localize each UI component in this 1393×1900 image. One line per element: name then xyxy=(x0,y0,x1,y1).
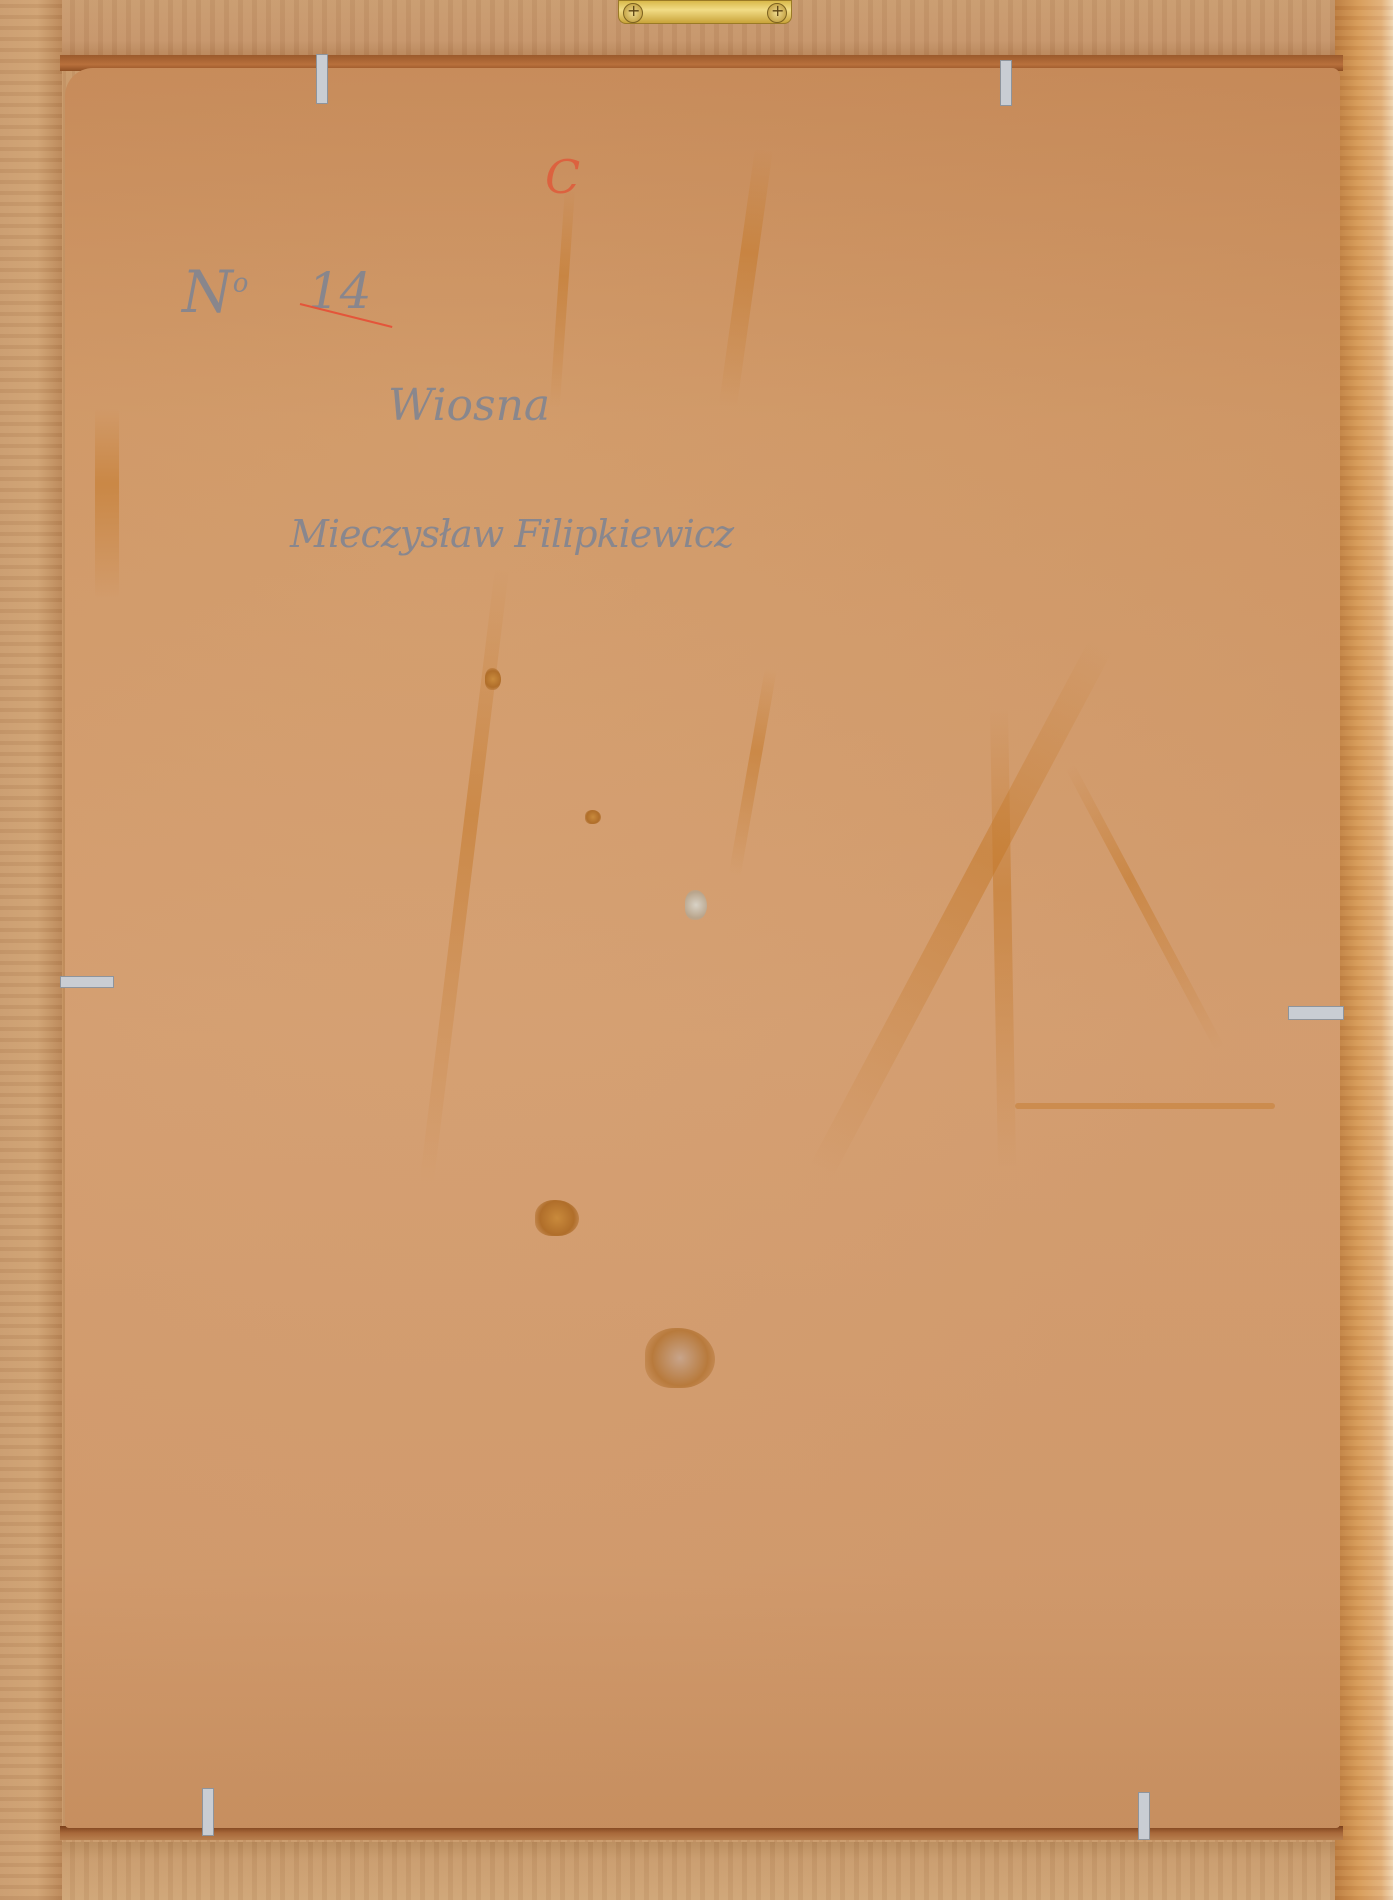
screw-icon xyxy=(623,3,643,23)
glue-streak xyxy=(550,188,575,408)
glue-streak xyxy=(729,668,777,877)
artist-signature: Mieczysław Filipkiewicz xyxy=(290,512,733,556)
frame-left-rail xyxy=(0,0,62,1900)
retaining-clip xyxy=(202,1788,214,1836)
glue-streak xyxy=(990,708,1016,1168)
glue-streak xyxy=(419,568,508,1185)
number-superscript: o xyxy=(233,269,249,299)
retaining-clip xyxy=(316,54,328,104)
glue-streak xyxy=(95,408,119,598)
glue-blob xyxy=(485,668,501,690)
retaining-clip xyxy=(60,976,114,988)
picture-frame: No 14 C Wiosna Mieczysław Filipkiewicz xyxy=(0,0,1393,1900)
screw-icon xyxy=(767,3,787,23)
glue-streak xyxy=(1015,1103,1275,1109)
sawtooth-hanger xyxy=(618,0,792,24)
retaining-clip xyxy=(1138,1792,1150,1840)
frame-right-rail xyxy=(1335,0,1393,1900)
glue-blob xyxy=(685,890,707,920)
inventory-number-prefix: No xyxy=(182,258,248,326)
glue-blob xyxy=(585,810,601,824)
retaining-clip xyxy=(1288,1006,1344,1020)
frame-rabbet-bottom xyxy=(60,1826,1343,1840)
backing-board xyxy=(65,68,1340,1828)
glue-blob xyxy=(645,1328,715,1388)
glue-streak xyxy=(808,638,1113,1180)
red-crayon-mark: C xyxy=(545,150,580,204)
retaining-clip xyxy=(1000,60,1012,106)
glue-streak xyxy=(1065,763,1224,1050)
frame-bottom-rail xyxy=(0,1842,1393,1900)
artwork-title: Wiosna xyxy=(388,380,550,431)
glue-streak xyxy=(719,148,773,408)
inventory-number: 14 xyxy=(308,262,372,320)
glue-blob xyxy=(535,1200,579,1236)
number-mark: N xyxy=(182,258,233,326)
